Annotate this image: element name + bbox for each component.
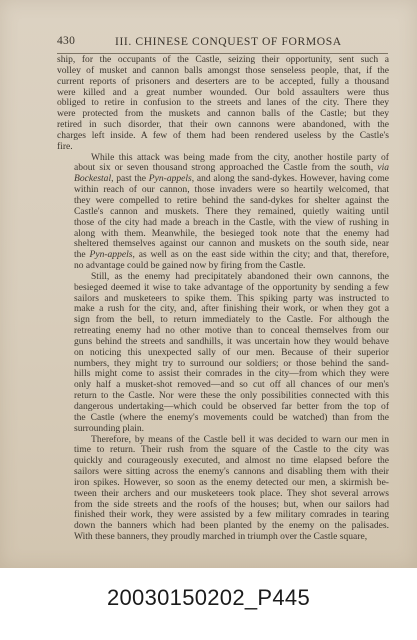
running-title: III. CHINESE CONQUEST OF FORMOSA — [115, 35, 388, 48]
paragraph: ship, for the occupants of the Castle, s… — [57, 55, 389, 153]
text-line: current reports of prisoners and deserte… — [57, 77, 389, 88]
text-line: those of the city had made a breach in t… — [57, 218, 389, 229]
text-line: besieged deemed it wise to take advantag… — [57, 283, 389, 294]
text-line: surrounding plain. — [57, 424, 389, 435]
text-line: tween their archers and our musketeers t… — [57, 489, 389, 500]
paragraph: While this attack was being made from th… — [57, 153, 389, 272]
paragraph: Therefore, by means of the Castle bell i… — [57, 435, 389, 543]
body-text: ship, for the occupants of the Castle, s… — [57, 55, 389, 543]
text-line: With these banners, they proudly marched… — [57, 532, 389, 543]
text-line: fire. — [57, 142, 389, 153]
text-line: charges left inside. A few of them had b… — [57, 131, 389, 142]
paragraph: Still, as the enemy had precipitately ab… — [57, 272, 389, 435]
scanned-page: 430 III. CHINESE CONQUEST OF FORMOSA shi… — [0, 0, 417, 568]
image-caption: 20030150202_P445 — [0, 585, 417, 611]
running-head: 430 III. CHINESE CONQUEST OF FORMOSA — [57, 35, 388, 49]
page-number: 430 — [57, 35, 75, 47]
text-line: on noticing this unexpected sally of our… — [57, 348, 389, 359]
